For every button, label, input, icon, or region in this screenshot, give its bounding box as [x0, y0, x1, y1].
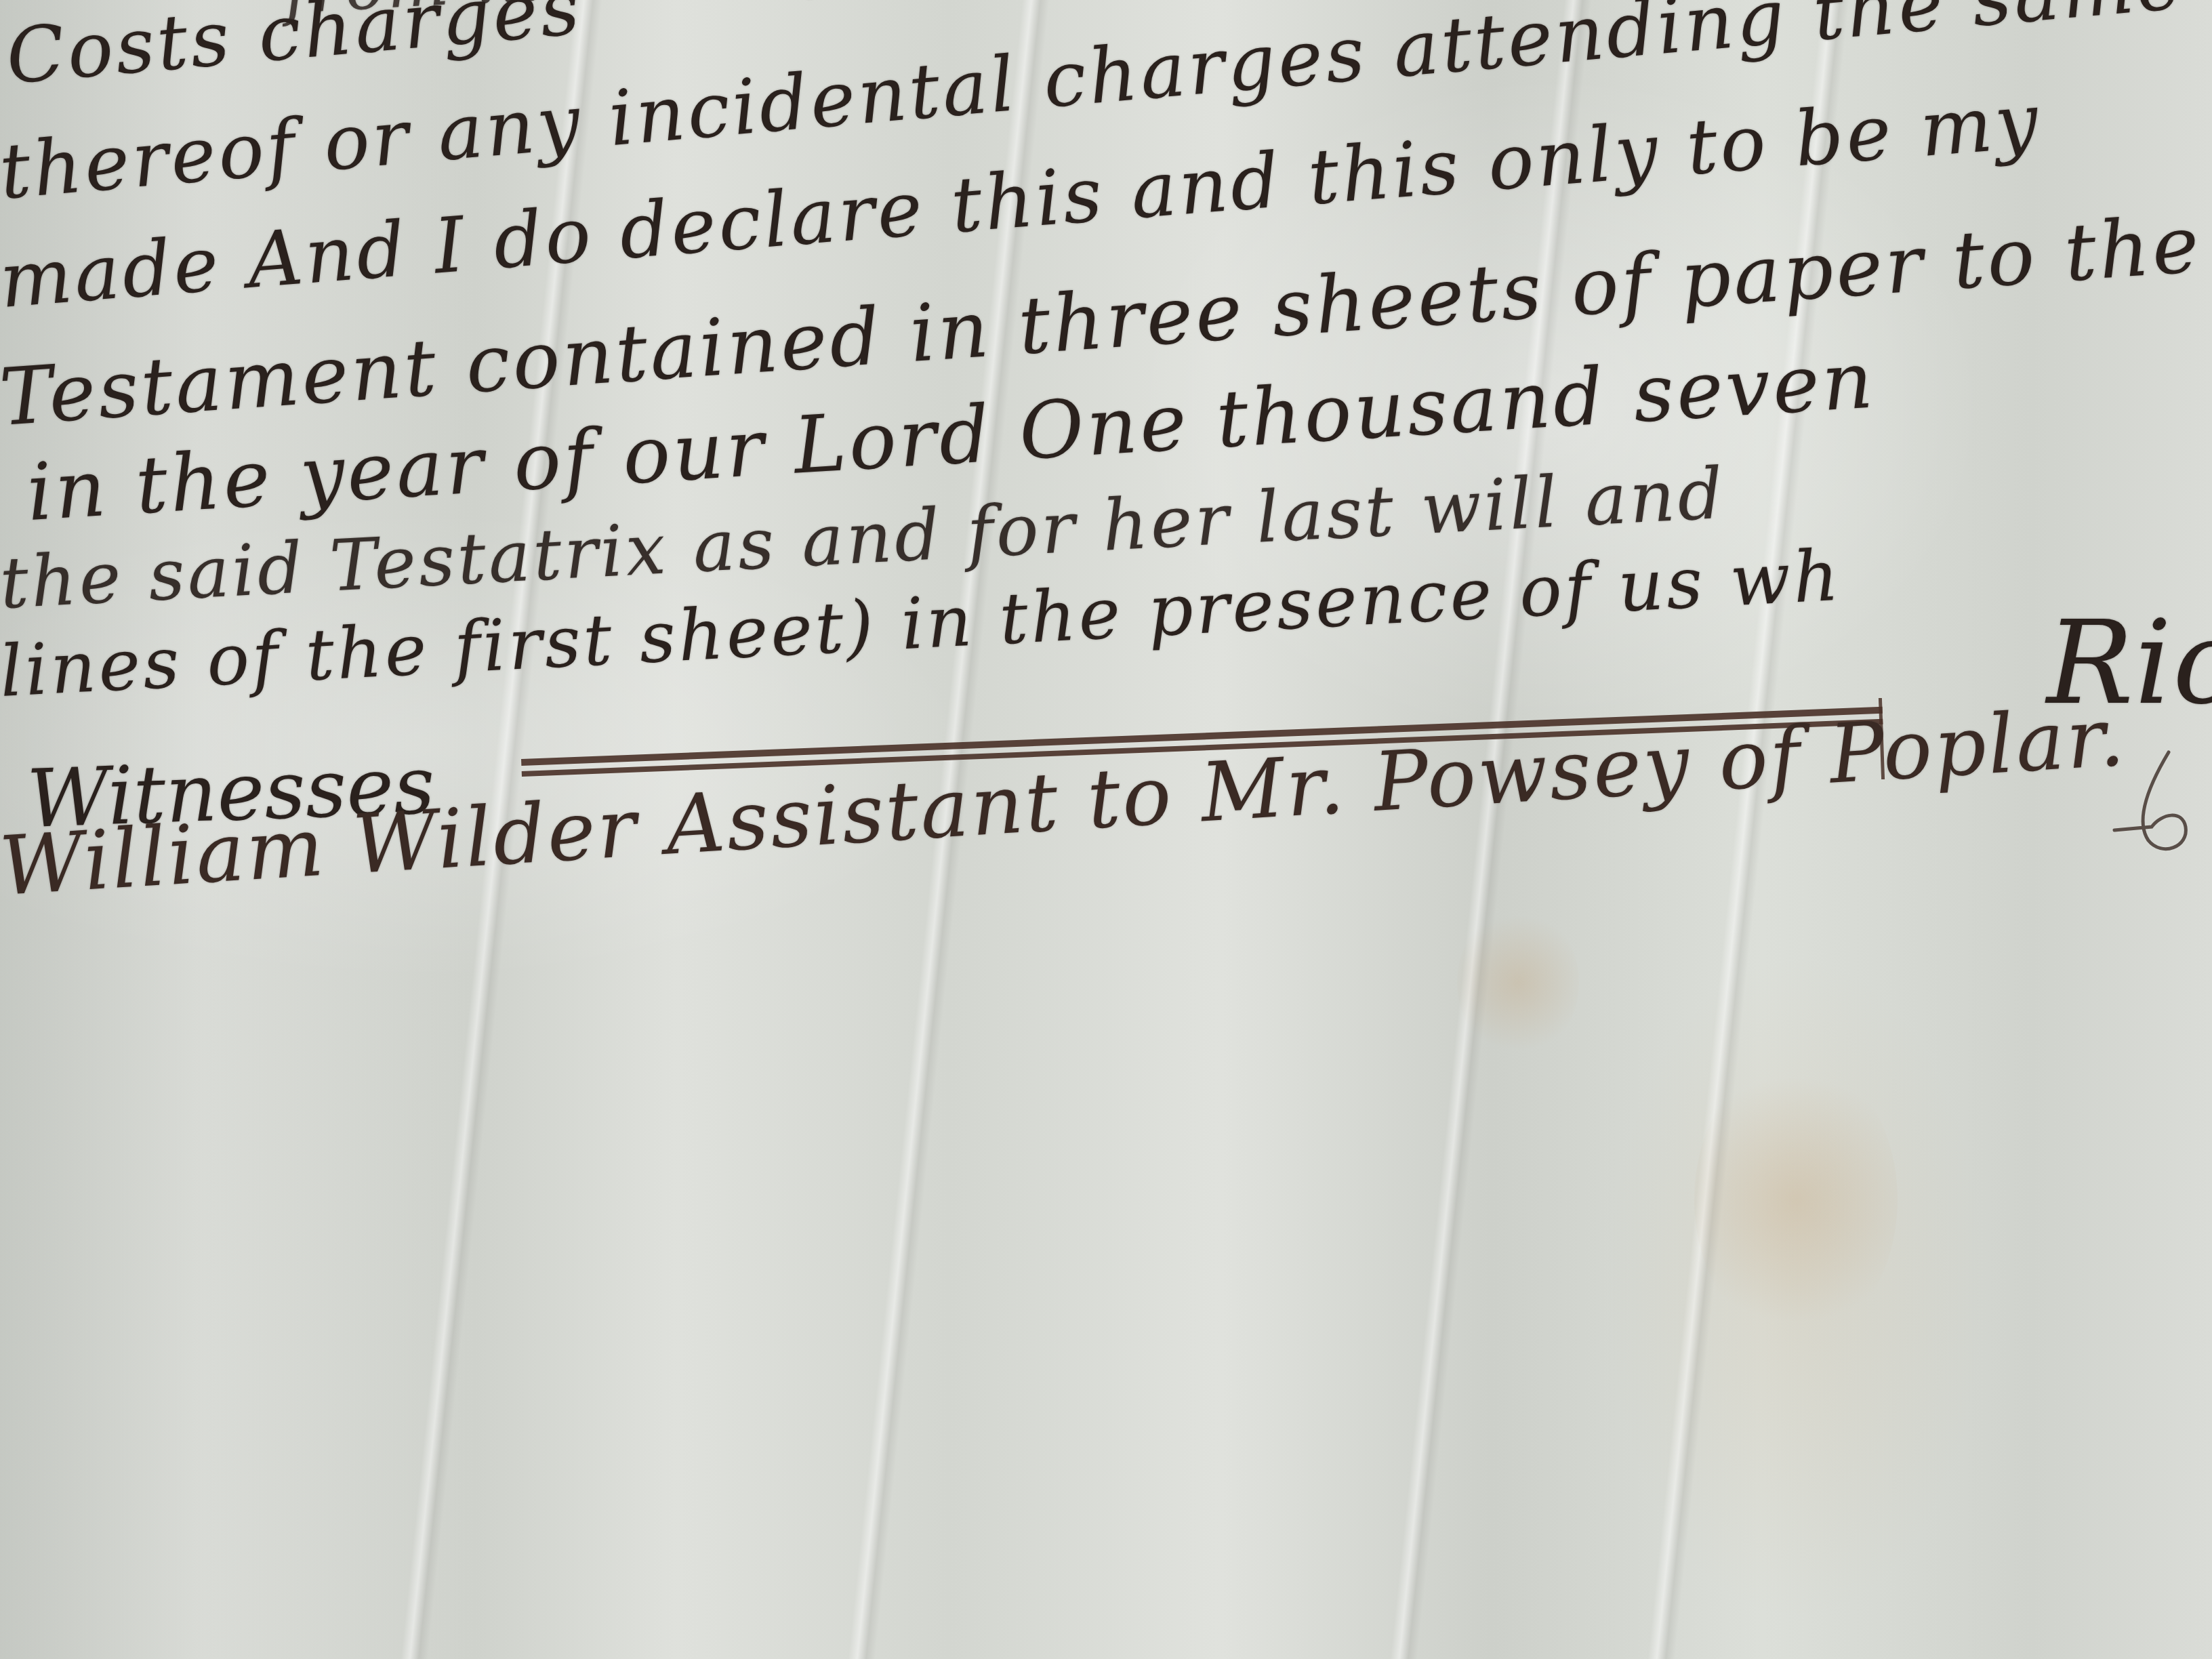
- document-photo: from ... and expenses as they Costs char…: [0, 0, 2212, 1659]
- paper-stain: [1694, 1057, 1898, 1342]
- paper-stain: [1457, 908, 1579, 1057]
- signature-flourish-icon: [2087, 745, 2209, 867]
